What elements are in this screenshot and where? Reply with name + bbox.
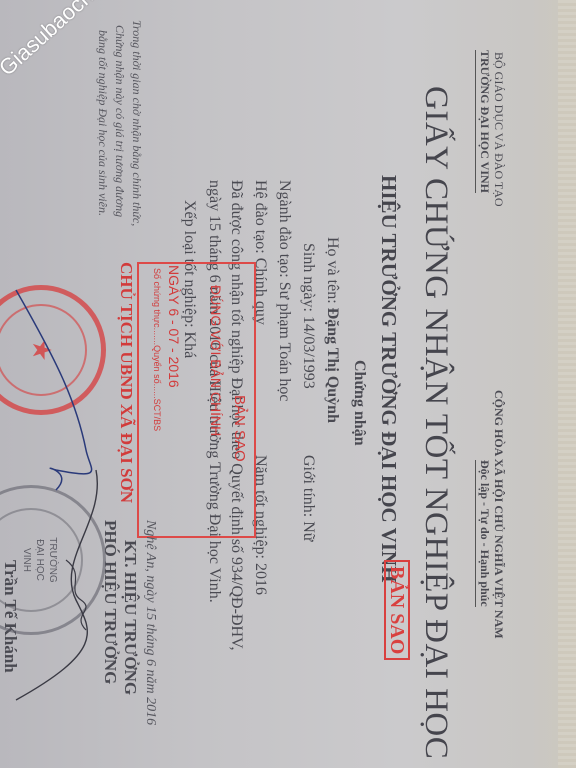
signature-strokes — [0, 0, 576, 768]
graduation-certificate: BỘ GIÁO DỤC VÀ ĐÀO TẠO TRƯỜNG ĐẠI HỌC VI… — [0, 0, 576, 768]
certificate-photo: BỘ GIÁO DỤC VÀ ĐÀO TẠO TRƯỜNG ĐẠI HỌC VI… — [0, 0, 576, 768]
